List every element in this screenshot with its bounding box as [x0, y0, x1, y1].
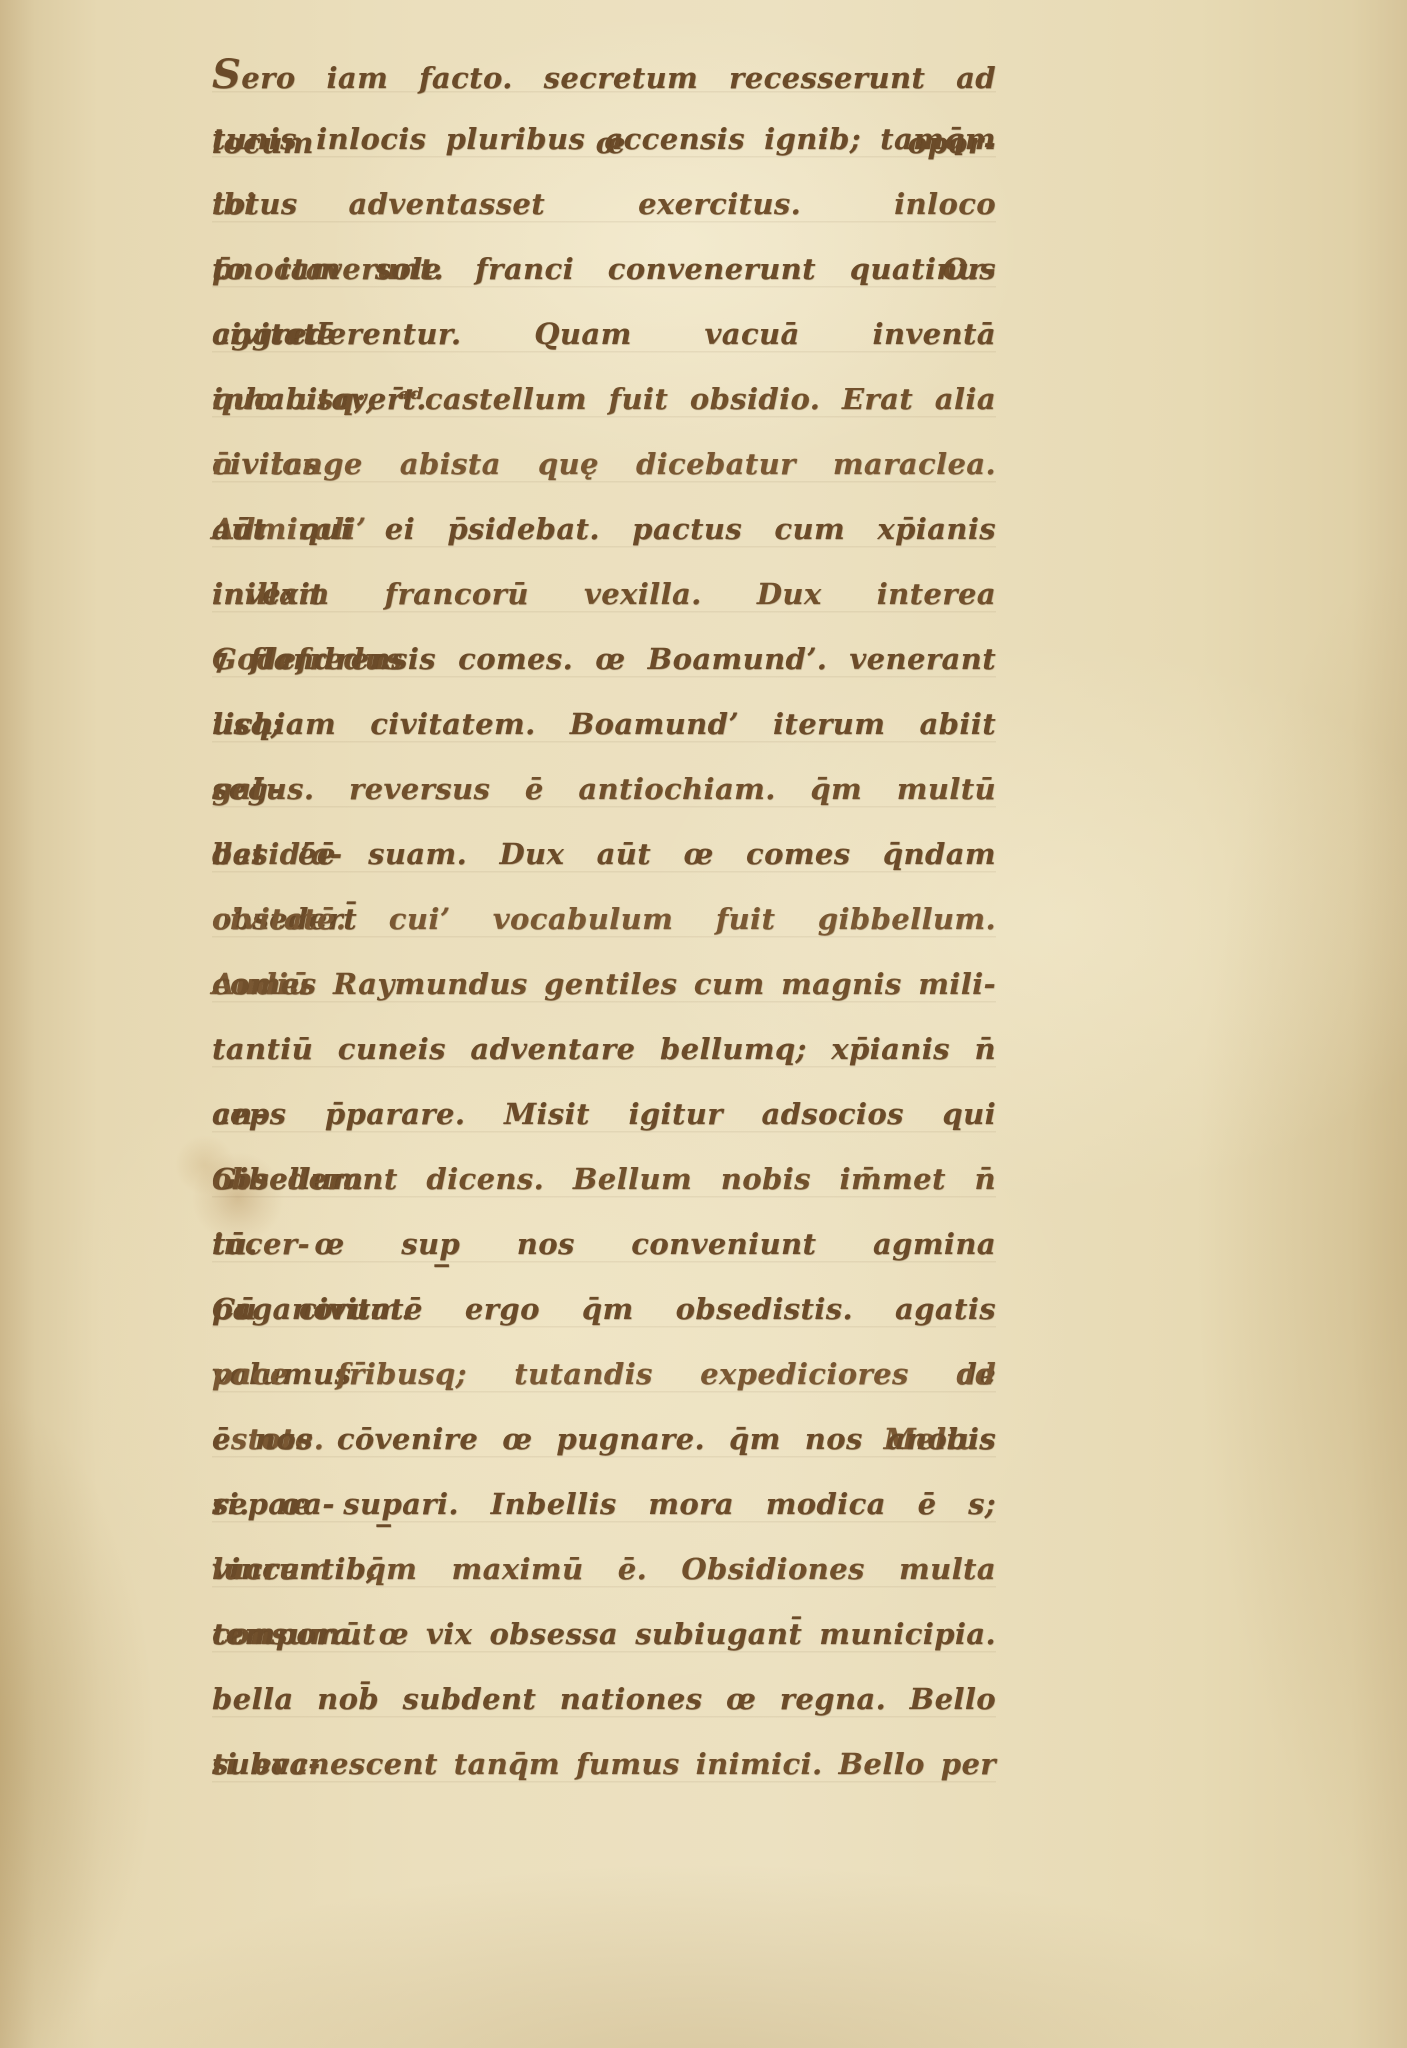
text-line: aggrederentur. Quam vacuā inventā inhabi…: [212, 302, 996, 367]
text-line: tū. œ sup̲ nos conveniunt agmina paganor…: [212, 1212, 996, 1277]
text-line: gatus. reversus ē antiochiam. q̄m multū …: [212, 757, 996, 822]
text-line: ibi adventasset exercitus. inloco p̄noct…: [212, 172, 996, 237]
text-line: tantiū cuneis adventare bellumq; xp̄iani…: [212, 1017, 996, 1082]
text-line: tunis inlocis pluribus accensis ignib; t…: [212, 107, 996, 172]
text-line: ri. œ sup̲ari. Inbellis mora modica ē s;…: [212, 1472, 996, 1537]
text-line: bat ēē suam. Dux aūt œ comes q̄ndam obse…: [212, 822, 996, 887]
text-line: inillam francorū vexilla. Dux interea Go…: [212, 562, 996, 627]
text-line: comes Raymundus gentiles cum magnis mili…: [212, 952, 996, 1017]
text-line: ⁊ flandrensis comes. œ Boamundʼ. veneran…: [212, 627, 996, 692]
text-line: bella nob̄ subdent nationes œ regna. Bel…: [212, 1667, 996, 1732]
text-line: lucrum q̄m maximū ē. Obsidiones multa co…: [212, 1537, 996, 1602]
text-line: lichiam civitatem. Boamundʼ iterum abiit…: [212, 692, 996, 757]
text-line: aūt qui ei p̄sidebat. pactus cum xp̄iani…: [212, 497, 996, 562]
text-line: civitatē. cuiʼ vocabulum fuit gibbellum.…: [212, 887, 996, 952]
text-line: pace fr̄ibusq; tutandis expediciores ad …: [212, 1342, 996, 1407]
parchment-page: Sero iam facto. secretum recesserunt ad …: [0, 0, 1407, 2048]
text-line: to iam sole franci convenerunt quatinus …: [212, 237, 996, 302]
text-line: Sero iam facto. secretum recesserunt ad …: [212, 42, 996, 107]
text-line: n̄ longe abista quę dicebatur maraclea. …: [212, 432, 996, 497]
manuscript-text-block: Sero iam facto. secretum recesserunt ad …: [212, 42, 996, 1797]
text-line: obsederant dicens. Bellum nobis im̄met n…: [212, 1147, 996, 1212]
text-line: ē nos cōvenire œ pugnare. q̄m nos anobis…: [212, 1407, 996, 1472]
text-line: ti evanescent tanq̄m fumus inimici. Bell…: [212, 1732, 996, 1797]
text-line: Cū civitatē ergo q̄m obsedistis. agatis …: [212, 1277, 996, 1342]
text-line: tempora. œ vix obsessa subiugant̄ munici…: [212, 1602, 996, 1667]
text-line: quo usq;, ᵃᵈcastellum fuit obsidio. Erat…: [212, 367, 996, 432]
text-line: ceps p̄parare. Misit igitur adsocios qui…: [212, 1082, 996, 1147]
